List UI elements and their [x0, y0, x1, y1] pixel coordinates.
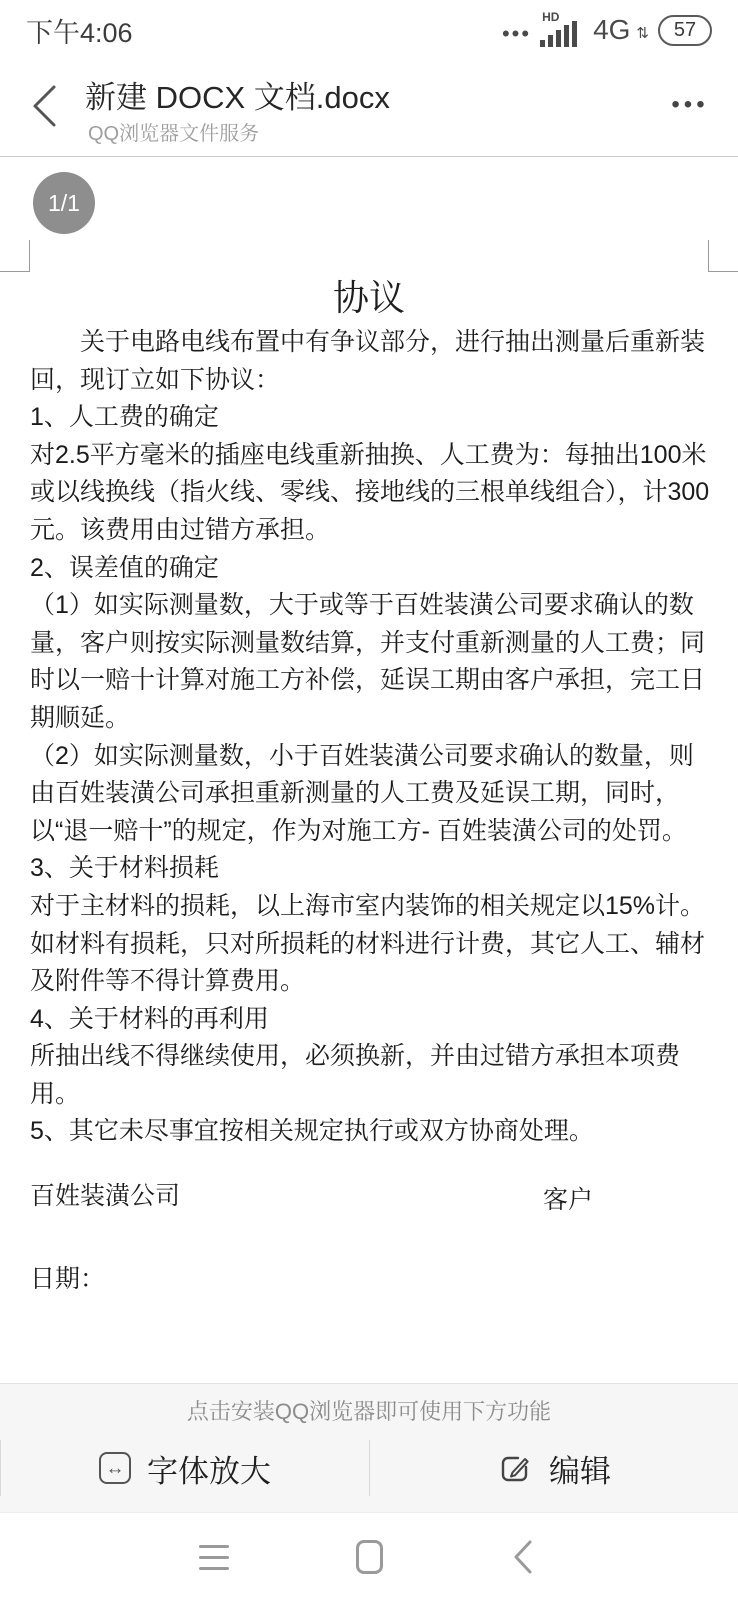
battery-indicator: 57: [658, 15, 712, 46]
toolbar-buttons-row: ↔ 字体放大 编辑: [0, 1430, 738, 1506]
overflow-menu-button[interactable]: •••: [660, 88, 720, 132]
doc-paragraph: 如材料有损耗，只对所损耗的材料进行计费，其它人工、辅材及附件等不得计算费用。: [30, 926, 712, 1001]
signature-company: 百姓装潢公司: [30, 1176, 180, 1212]
file-title: 新建 DOCX 文档.docx: [85, 72, 390, 117]
doc-paragraph: （2）如实际测量数，小于百姓装潢公司要求确认的数量，则由百姓装潢公司承担重新测量…: [30, 738, 712, 851]
status-icons: ••• HD 4G ⇅ 57: [502, 10, 712, 50]
back-button[interactable]: [22, 78, 66, 134]
edit-label: 编辑: [549, 1446, 611, 1491]
clock: 下午4:06: [26, 11, 133, 50]
signal-bars-icon: [540, 21, 582, 47]
install-hint-banner[interactable]: 点击安装QQ浏览器即可使用下方功能: [0, 1395, 738, 1426]
page-corner-mark-left: [0, 240, 30, 272]
home-icon: [356, 1540, 383, 1574]
doc-paragraph: 对2.5平方毫米的插座电线重新抽换、人工费为：每抽出100米或以线换线（指火线、…: [30, 437, 712, 550]
doc-paragraph: （1）如实际测量数，大于或等于百姓装潢公司要求确认的数量，客户则按实际测量数结算…: [30, 587, 712, 737]
battery-percent: 57: [674, 19, 696, 42]
document-body[interactable]: 关于电路电线布置中有争议部分，进行抽出测量后重新装回，现订立如下协议： 1、人工…: [30, 324, 712, 1151]
network-type-label: 4G: [593, 14, 630, 46]
page-corner-mark-right: [708, 240, 738, 272]
back-chevron-icon: [31, 84, 57, 128]
doc-paragraph: 2、误差值的确定: [30, 550, 712, 588]
recents-button[interactable]: [179, 1513, 249, 1600]
font-zoom-arrow-glyph: ↔: [106, 1459, 125, 1478]
edit-pencil-icon: [497, 1450, 533, 1486]
nav-back-chevron-icon: [513, 1540, 533, 1574]
doc-paragraph: 5、其它未尽事宜按相关规定执行或双方协商处理。: [30, 1113, 712, 1151]
signal-strength-icon: HD: [540, 10, 584, 50]
notification-dots-icon: •••: [502, 15, 531, 45]
system-navbar: [0, 1512, 738, 1600]
font-zoom-label: 字体放大: [147, 1446, 271, 1491]
document-header: 新建 DOCX 文档.docx QQ浏览器文件服务 •••: [0, 60, 738, 157]
font-zoom-icon: ↔: [99, 1452, 131, 1484]
edit-button[interactable]: 编辑: [370, 1430, 738, 1506]
hamburger-icon: [199, 1545, 229, 1570]
nav-back-button[interactable]: [488, 1513, 558, 1600]
status-bar: 下午4:06 ••• HD 4G ⇅ 57: [0, 0, 738, 60]
doc-paragraph: 对于主材料的损耗，以上海市室内装饰的相关规定以15%计。: [30, 888, 712, 926]
page-indicator-text: 1/1: [48, 190, 80, 217]
date-label: 日期：: [30, 1259, 105, 1295]
file-source-subtitle: QQ浏览器文件服务: [88, 117, 259, 146]
document-title: 协议: [0, 270, 738, 321]
home-button[interactable]: [334, 1513, 404, 1600]
doc-paragraph: 1、人工费的确定: [30, 399, 712, 437]
bottom-toolbar: 点击安装QQ浏览器即可使用下方功能 ↔ 字体放大 编辑: [0, 1383, 738, 1512]
doc-paragraph: 4、关于材料的再利用: [30, 1001, 712, 1039]
signature-client: 客户: [543, 1180, 593, 1216]
page-indicator-badge: 1/1: [33, 172, 95, 234]
doc-paragraph: 所抽出线不得继续使用，必须换新，并由过错方承担本项费用。: [30, 1038, 712, 1113]
overflow-dots-icon: •••: [671, 93, 708, 127]
doc-paragraph: 3、关于材料损耗: [30, 850, 712, 888]
font-zoom-button[interactable]: ↔ 字体放大: [1, 1430, 369, 1506]
doc-paragraph: 关于电路电线布置中有争议部分，进行抽出测量后重新装回，现订立如下协议：: [30, 324, 712, 399]
data-activity-icon: ⇅: [636, 18, 649, 42]
